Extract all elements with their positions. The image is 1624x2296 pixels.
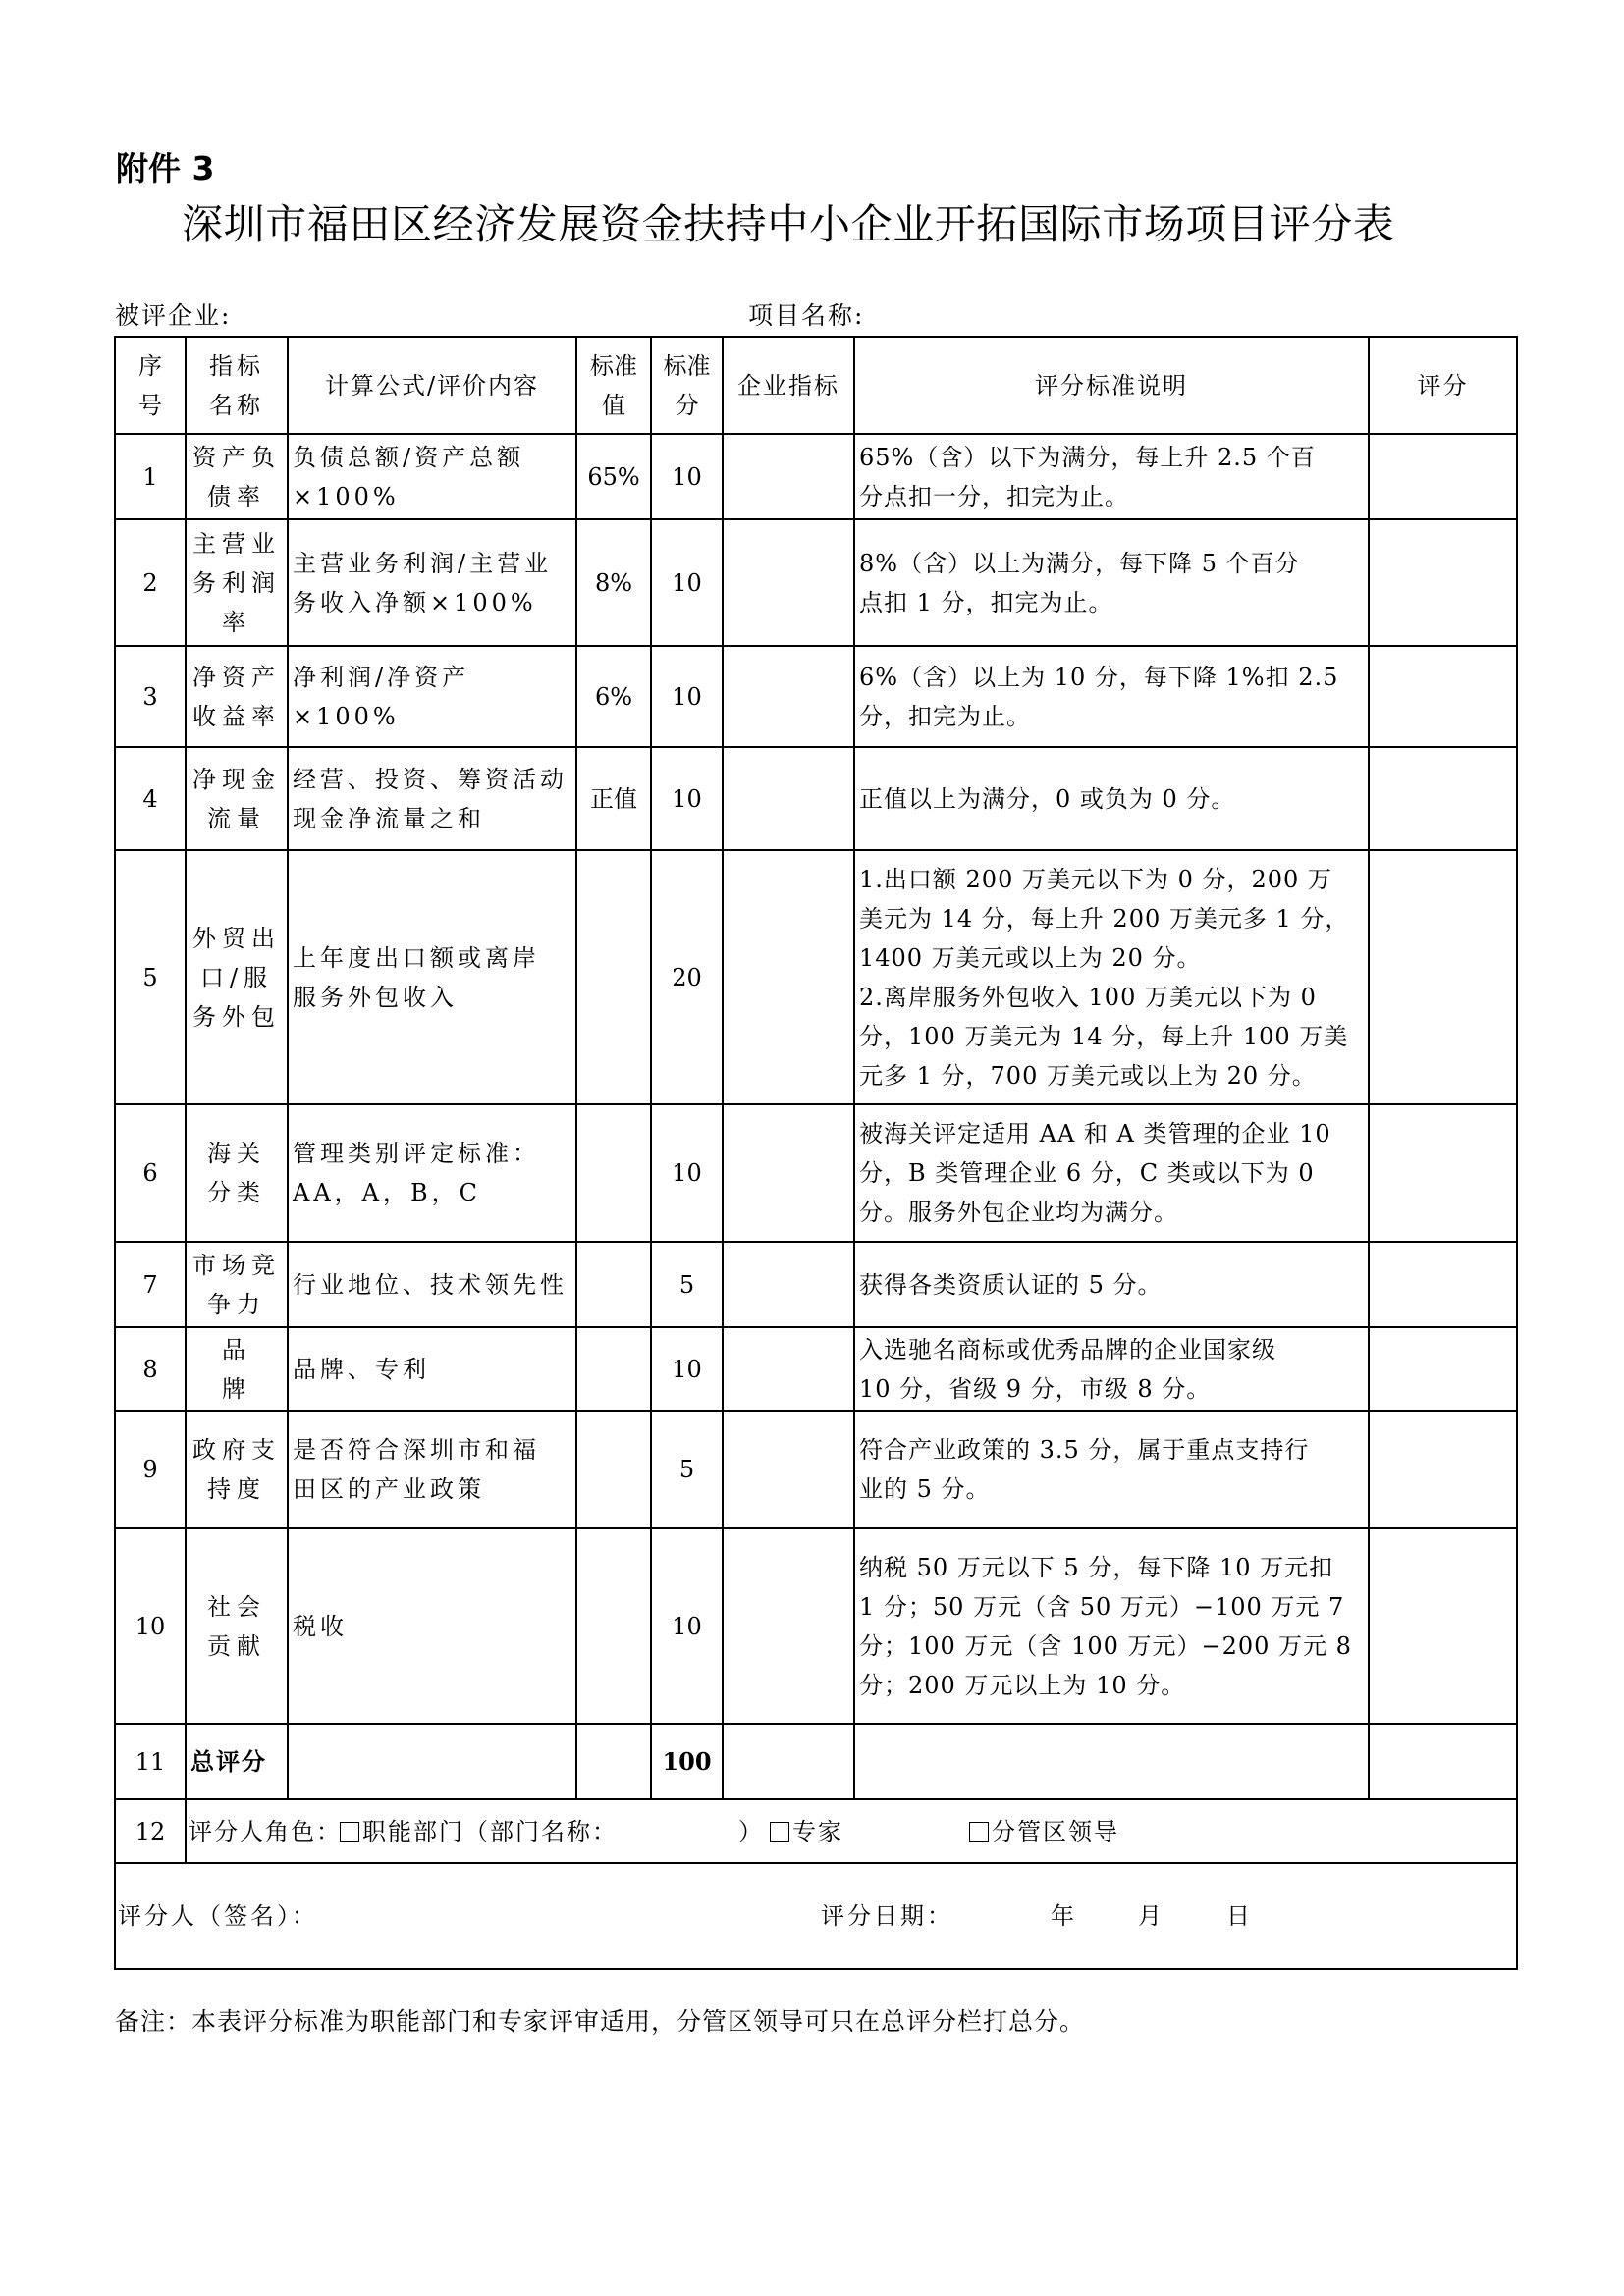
row-formula: 净利润/净资产×100% xyxy=(288,646,576,747)
row-seq: 8 xyxy=(115,1327,186,1411)
table-row: 2主营业务利润率主营业务利润/主营业务收入净额×100%8%108%（含）以上为… xyxy=(115,519,1517,646)
total-row: 11总评分100 xyxy=(115,1724,1517,1799)
signer-label: 评分人（签名）： xyxy=(118,1896,318,1936)
row-indicator-name: 海关分类 xyxy=(186,1104,288,1242)
row-formula: 管理类别评定标准：AA，A，B，C xyxy=(288,1104,576,1242)
row-std-value xyxy=(576,1242,651,1327)
row-company-indicator-input[interactable] xyxy=(723,434,854,519)
row-company-indicator-input[interactable] xyxy=(723,747,854,850)
role-label: 评分人角色： xyxy=(189,1812,342,1851)
row-criteria: 8%（含）以上为满分，每下降 5 个百分点扣 1 分，扣完为止。 xyxy=(854,519,1369,646)
checkbox-icon[interactable] xyxy=(969,1822,989,1842)
row-company-indicator-input[interactable] xyxy=(723,519,854,646)
header-seq: 序号 xyxy=(115,337,186,434)
row-seq: 9 xyxy=(115,1411,186,1528)
footnote: 备注：本表评分标准为职能部门和专家评审适用，分管区领导可只在总评分栏打总分。 xyxy=(115,2002,1085,2038)
row-std-score: 10 xyxy=(651,434,723,519)
row-score-input[interactable] xyxy=(1369,747,1517,850)
company-label: 被评企业: xyxy=(115,296,231,332)
table-row: 5外贸出口/服务外包上年度出口额或离岸服务外包收入201.出口额 200 万美元… xyxy=(115,850,1517,1104)
role-option-department[interactable]: 职能部门（部门名称： xyxy=(340,1812,618,1851)
row-std-score: 5 xyxy=(651,1242,723,1327)
total-formula-cell xyxy=(288,1724,576,1799)
row-seq: 1 xyxy=(115,434,186,519)
table-row: 9政府支持度是否符合深圳市和福田区的产业政策5符合产业政策的 3.5 分，属于重… xyxy=(115,1411,1517,1528)
role-option-leader[interactable]: 分管区领导 xyxy=(969,1812,1119,1851)
row-formula: 税收 xyxy=(288,1528,576,1724)
total-criteria-cell xyxy=(854,1724,1369,1799)
row-std-value xyxy=(576,1104,651,1242)
header-score: 评分 xyxy=(1369,337,1517,434)
row-criteria: 符合产业政策的 3.5 分，属于重点支持行业的 5 分。 xyxy=(854,1411,1369,1528)
row-criteria: 入选驰名商标或优秀品牌的企业国家级10 分，省级 9 分，市级 8 分。 xyxy=(854,1327,1369,1411)
row-indicator-name: 政府支持度 xyxy=(186,1411,288,1528)
row-formula: 品牌、专利 xyxy=(288,1327,576,1411)
header-row: 序号 指标名称 计算公式/评价内容 标准值 标准分 企业指标 评分标准说明 评分 xyxy=(115,337,1517,434)
row-company-indicator-input[interactable] xyxy=(723,646,854,747)
date-label: 评分日期： xyxy=(821,1896,953,1936)
row-criteria: 1.出口额 200 万美元以下为 0 分，200 万美元为 14 分，每上升 2… xyxy=(854,850,1369,1104)
table-row: 8品 牌品牌、专利10入选驰名商标或优秀品牌的企业国家级10 分，省级 9 分，… xyxy=(115,1327,1517,1411)
row-std-score: 10 xyxy=(651,1327,723,1411)
row-std-value xyxy=(576,1528,651,1724)
total-label: 总评分 xyxy=(186,1724,288,1799)
role-seq: 12 xyxy=(115,1799,186,1863)
row-indicator-name: 资产负债率 xyxy=(186,434,288,519)
row-company-indicator-input[interactable] xyxy=(723,1411,854,1528)
row-score-input[interactable] xyxy=(1369,1104,1517,1242)
row-seq: 2 xyxy=(115,519,186,646)
row-std-value xyxy=(576,1327,651,1411)
table-row: 10社会贡献税收10纳税 50 万元以下 5 分，每下降 10 万元扣1 分；5… xyxy=(115,1528,1517,1724)
row-criteria: 6%（含）以上为 10 分，每下降 1%扣 2.5分，扣完为止。 xyxy=(854,646,1369,747)
role-cell: 评分人角色：职能部门（部门名称：）专家分管区领导 xyxy=(186,1799,1517,1863)
row-score-input[interactable] xyxy=(1369,850,1517,1104)
project-label: 项目名称: xyxy=(748,296,864,332)
row-std-value: 65% xyxy=(576,434,651,519)
row-score-input[interactable] xyxy=(1369,1528,1517,1724)
row-company-indicator-input[interactable] xyxy=(723,1242,854,1327)
row-seq: 4 xyxy=(115,747,186,850)
row-indicator-name: 品 牌 xyxy=(186,1327,288,1411)
row-formula: 负债总额/资产总额×100% xyxy=(288,434,576,519)
header-std-score: 标准分 xyxy=(651,337,723,434)
table-row: 7市场竞争力行业地位、技术领先性5获得各类资质认证的 5 分。 xyxy=(115,1242,1517,1327)
row-std-value: 8% xyxy=(576,519,651,646)
reviewer-role-row: 12评分人角色：职能部门（部门名称：）专家分管区领导 xyxy=(115,1799,1517,1863)
row-criteria: 纳税 50 万元以下 5 分，每下降 10 万元扣1 分；50 万元（含 50 … xyxy=(854,1528,1369,1724)
date-year: 年 xyxy=(1051,1896,1077,1936)
role-option-expert[interactable]: 专家 xyxy=(770,1812,843,1851)
row-score-input[interactable] xyxy=(1369,646,1517,747)
table-row: 4净现金流量经营、投资、筹资活动现金净流量之和正值10正值以上为满分，0 或负为… xyxy=(115,747,1517,850)
row-company-indicator-input[interactable] xyxy=(723,1327,854,1411)
row-std-score: 10 xyxy=(651,747,723,850)
date-month: 月 xyxy=(1138,1896,1164,1936)
row-std-score: 20 xyxy=(651,850,723,1104)
row-formula: 主营业务利润/主营业务收入净额×100% xyxy=(288,519,576,646)
row-formula: 是否符合深圳市和福田区的产业政策 xyxy=(288,1411,576,1528)
row-score-input[interactable] xyxy=(1369,1327,1517,1411)
row-seq: 7 xyxy=(115,1242,186,1327)
row-criteria: 正值以上为满分，0 或负为 0 分。 xyxy=(854,747,1369,850)
row-std-score: 10 xyxy=(651,1528,723,1724)
total-seq: 11 xyxy=(115,1724,186,1799)
row-std-score: 5 xyxy=(651,1411,723,1528)
row-indicator-name: 社会贡献 xyxy=(186,1528,288,1724)
total-company-indicator-input[interactable] xyxy=(723,1724,854,1799)
row-std-score: 10 xyxy=(651,1104,723,1242)
row-indicator-name: 净资产收益率 xyxy=(186,646,288,747)
row-seq: 3 xyxy=(115,646,186,747)
table-row: 1资产负债率负债总额/资产总额×100%65%1065%（含）以下为满分，每上升… xyxy=(115,434,1517,519)
row-score-input[interactable] xyxy=(1369,434,1517,519)
total-score-input[interactable] xyxy=(1369,1724,1517,1799)
row-company-indicator-input[interactable] xyxy=(723,1528,854,1724)
row-formula: 行业地位、技术领先性 xyxy=(288,1242,576,1327)
row-indicator-name: 主营业务利润率 xyxy=(186,519,288,646)
total-std-score: 100 xyxy=(651,1724,723,1799)
header-formula: 计算公式/评价内容 xyxy=(288,337,576,434)
row-std-score: 10 xyxy=(651,646,723,747)
row-indicator-name: 市场竞争力 xyxy=(186,1242,288,1327)
row-std-value: 正值 xyxy=(576,747,651,850)
checkbox-icon[interactable] xyxy=(770,1822,789,1842)
department-close-paren: ） xyxy=(738,1812,762,1851)
row-criteria: 获得各类资质认证的 5 分。 xyxy=(854,1242,1369,1327)
row-indicator-name: 外贸出口/服务外包 xyxy=(186,850,288,1104)
row-std-value xyxy=(576,850,651,1104)
row-indicator-name: 净现金流量 xyxy=(186,747,288,850)
scoring-table: 序号 指标名称 计算公式/评价内容 标准值 标准分 企业指标 评分标准说明 评分… xyxy=(114,336,1518,1970)
header-company-indicator: 企业指标 xyxy=(723,337,854,434)
row-std-value: 6% xyxy=(576,646,651,747)
row-score-input[interactable] xyxy=(1369,519,1517,646)
row-std-value xyxy=(576,1411,651,1528)
row-company-indicator-input[interactable] xyxy=(723,850,854,1104)
header-criteria: 评分标准说明 xyxy=(854,337,1369,434)
checkbox-icon[interactable] xyxy=(340,1822,359,1842)
row-seq: 5 xyxy=(115,850,186,1104)
signature-row: 评分人（签名）：评分日期：年月日 xyxy=(115,1863,1517,1969)
row-formula: 上年度出口额或离岸服务外包收入 xyxy=(288,850,576,1104)
row-criteria: 65%（含）以下为满分，每上升 2.5 个百分点扣一分，扣完为止。 xyxy=(854,434,1369,519)
table-row: 6海关分类管理类别评定标准：AA，A，B，C10被海关评定适用 AA 和 A 类… xyxy=(115,1104,1517,1242)
row-criteria: 被海关评定适用 AA 和 A 类管理的企业 10分，B 类管理企业 6 分，C … xyxy=(854,1104,1369,1242)
date-day: 日 xyxy=(1226,1896,1253,1936)
row-seq: 6 xyxy=(115,1104,186,1242)
row-seq: 10 xyxy=(115,1528,186,1724)
total-std-value-cell xyxy=(576,1724,651,1799)
row-score-input[interactable] xyxy=(1369,1242,1517,1327)
header-indicator: 指标名称 xyxy=(186,337,288,434)
signature-cell: 评分人（签名）：评分日期：年月日 xyxy=(115,1863,1517,1969)
row-score-input[interactable] xyxy=(1369,1411,1517,1528)
page-title: 深圳市福田区经济发展资金扶持中小企业开拓国际市场项目评分表 xyxy=(182,192,1394,251)
row-std-score: 10 xyxy=(651,519,723,646)
attachment-label: 附件 3 xyxy=(116,143,214,189)
table-row: 3净资产收益率净利润/净资产×100%6%106%（含）以上为 10 分，每下降… xyxy=(115,646,1517,747)
row-company-indicator-input[interactable] xyxy=(723,1104,854,1242)
header-std-value: 标准值 xyxy=(576,337,651,434)
row-formula: 经营、投资、筹资活动现金净流量之和 xyxy=(288,747,576,850)
